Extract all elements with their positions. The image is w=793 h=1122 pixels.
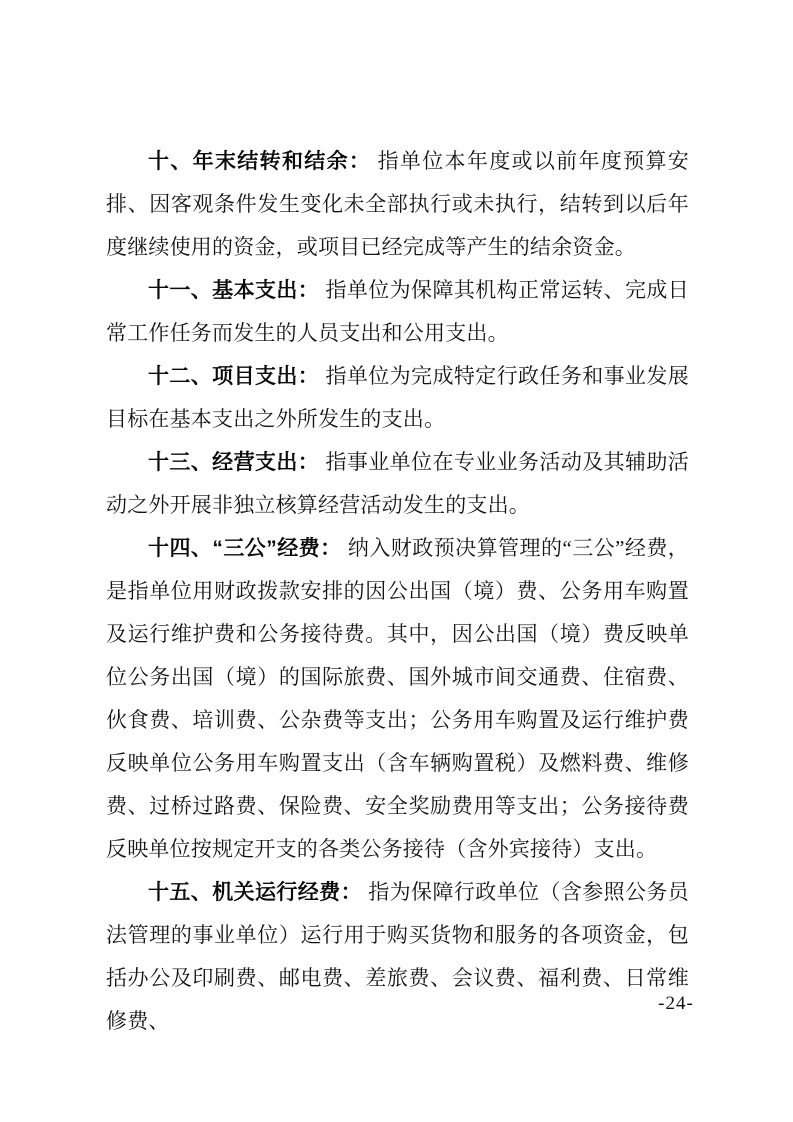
paragraph-term-11: 十一、基本支出：指单位为保障其机构正常运转、完成日常工作任务而发生的人员支出和公… bbox=[106, 269, 689, 355]
paragraph-heading: 十二、项目支出： bbox=[148, 365, 319, 388]
paragraph-heading: 十一、基本支出： bbox=[148, 279, 319, 302]
paragraph-term-10: 十、年末结转和结余：指单位本年度或以前年度预算安排、因客观条件发生变化未全部执行… bbox=[106, 140, 689, 269]
text-block: 十、年末结转和结余：指单位本年度或以前年度预算安排、因客观条件发生变化未全部执行… bbox=[106, 140, 689, 1043]
paragraph-term-13: 十三、经营支出：指事业单位在专业业务活动及其辅助活动之外开展非独立核算经营活动发… bbox=[106, 441, 689, 527]
paragraph-heading: 十四、“三公”经费： bbox=[148, 537, 342, 560]
paragraph-heading: 十三、经营支出： bbox=[148, 451, 319, 474]
paragraph-body: 纳入财政预决算管理的“三公”经费，是指单位用财政拨款安排的因公出国（境）费、公务… bbox=[106, 536, 689, 861]
paragraph-heading: 十、年末结转和结余： bbox=[148, 150, 371, 173]
paragraph-term-12: 十二、项目支出：指单位为完成特定行政任务和事业发展目标在基本支出之外所发生的支出… bbox=[106, 355, 689, 441]
paragraph-term-15: 十五、机关运行经费：指为保障行政单位（含参照公务员法管理的事业单位）运行用于购买… bbox=[106, 871, 689, 1043]
paragraph-term-14: 十四、“三公”经费：纳入财政预决算管理的“三公”经费，是指单位用财政拨款安排的因… bbox=[106, 527, 689, 871]
paragraph-heading: 十五、机关运行经费： bbox=[148, 881, 362, 904]
document-page: 十、年末结转和结余：指单位本年度或以前年度预算安排、因客观条件发生变化未全部执行… bbox=[0, 0, 793, 1122]
page-number: -24- bbox=[648, 993, 704, 1015]
